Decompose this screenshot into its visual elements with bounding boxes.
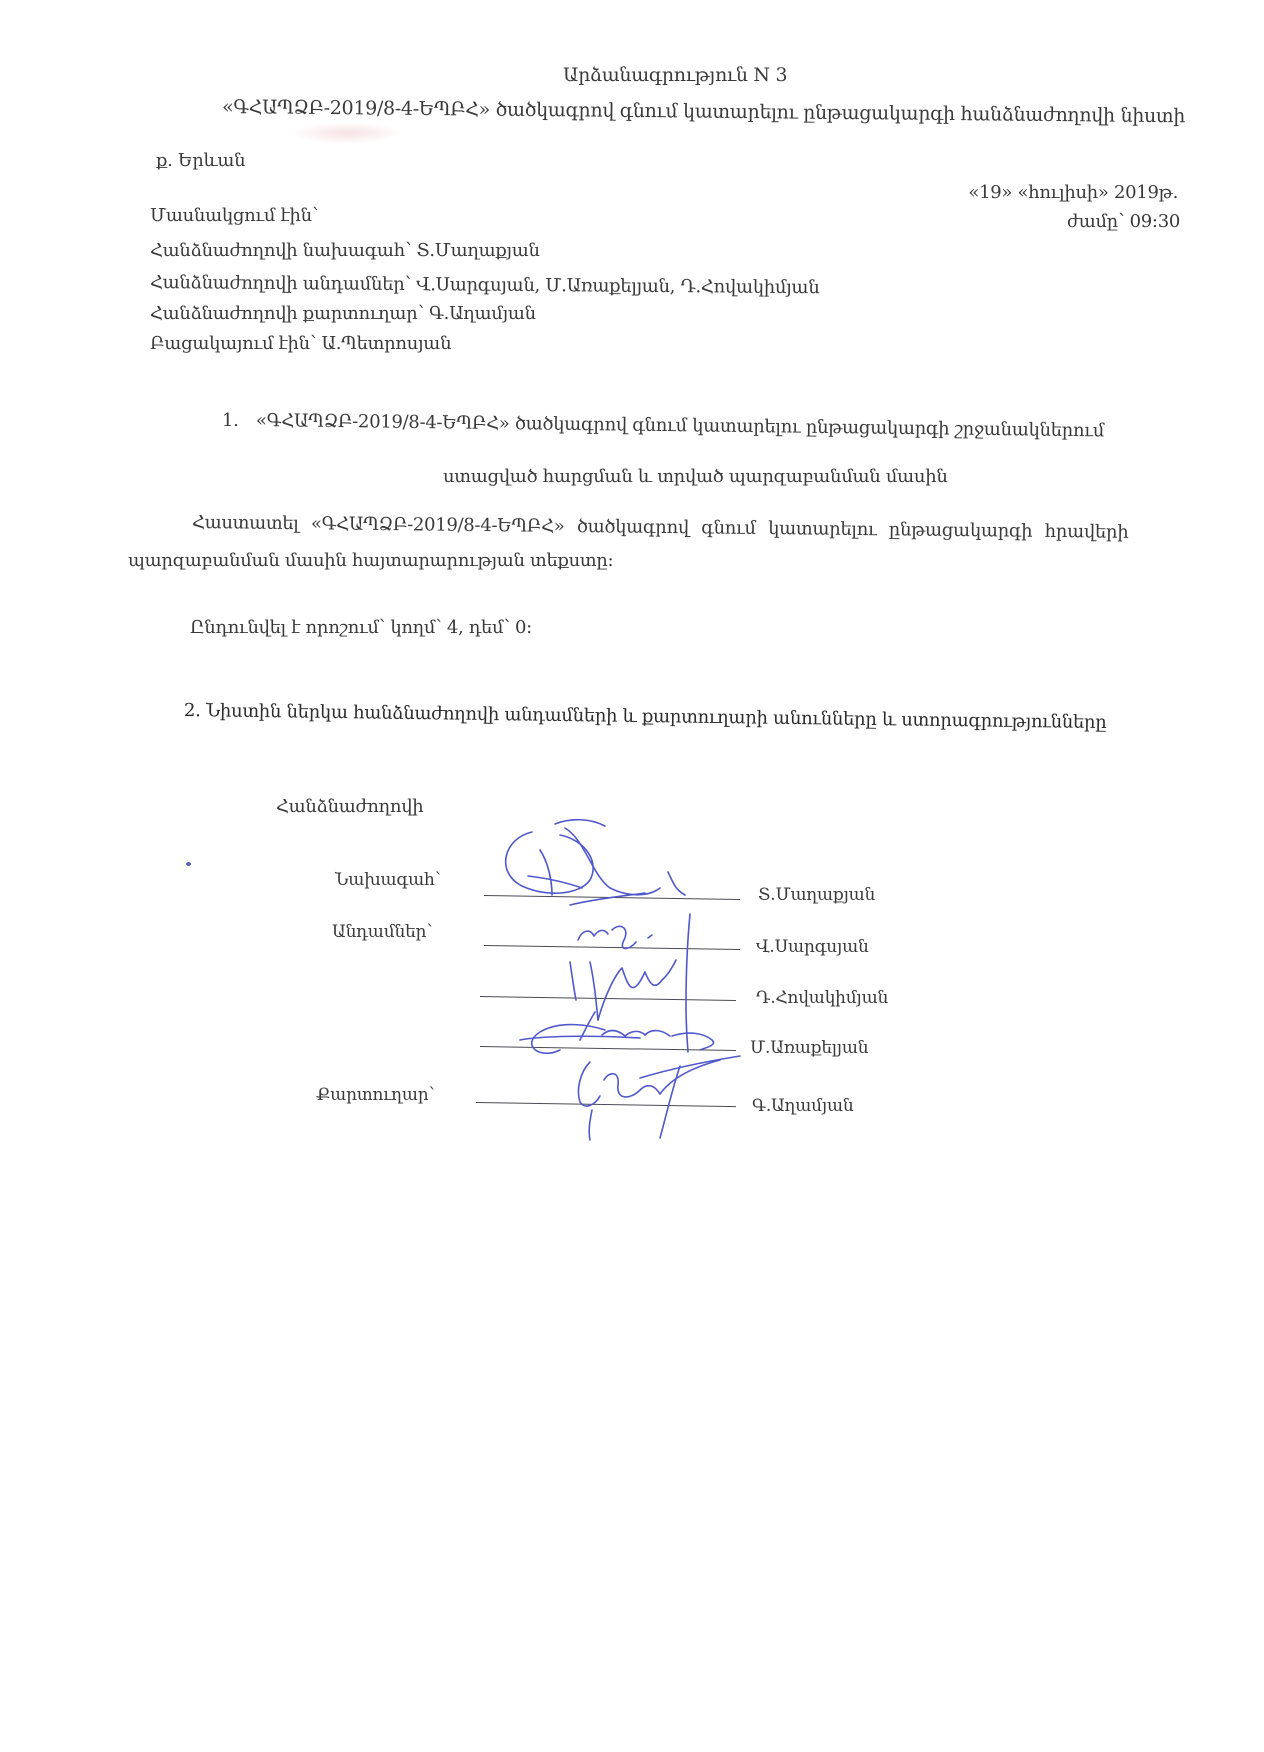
signature-secretary (578, 1056, 740, 1140)
signature-member-3 (520, 1012, 714, 1053)
scanned-document-page: Արձանագրություն N 3 «ԳՀԱՊՁԲ-2019/8-4-ԵՊԲ… (0, 0, 1264, 1752)
signature-member-2 (570, 960, 676, 1020)
signature-chair (506, 820, 685, 905)
